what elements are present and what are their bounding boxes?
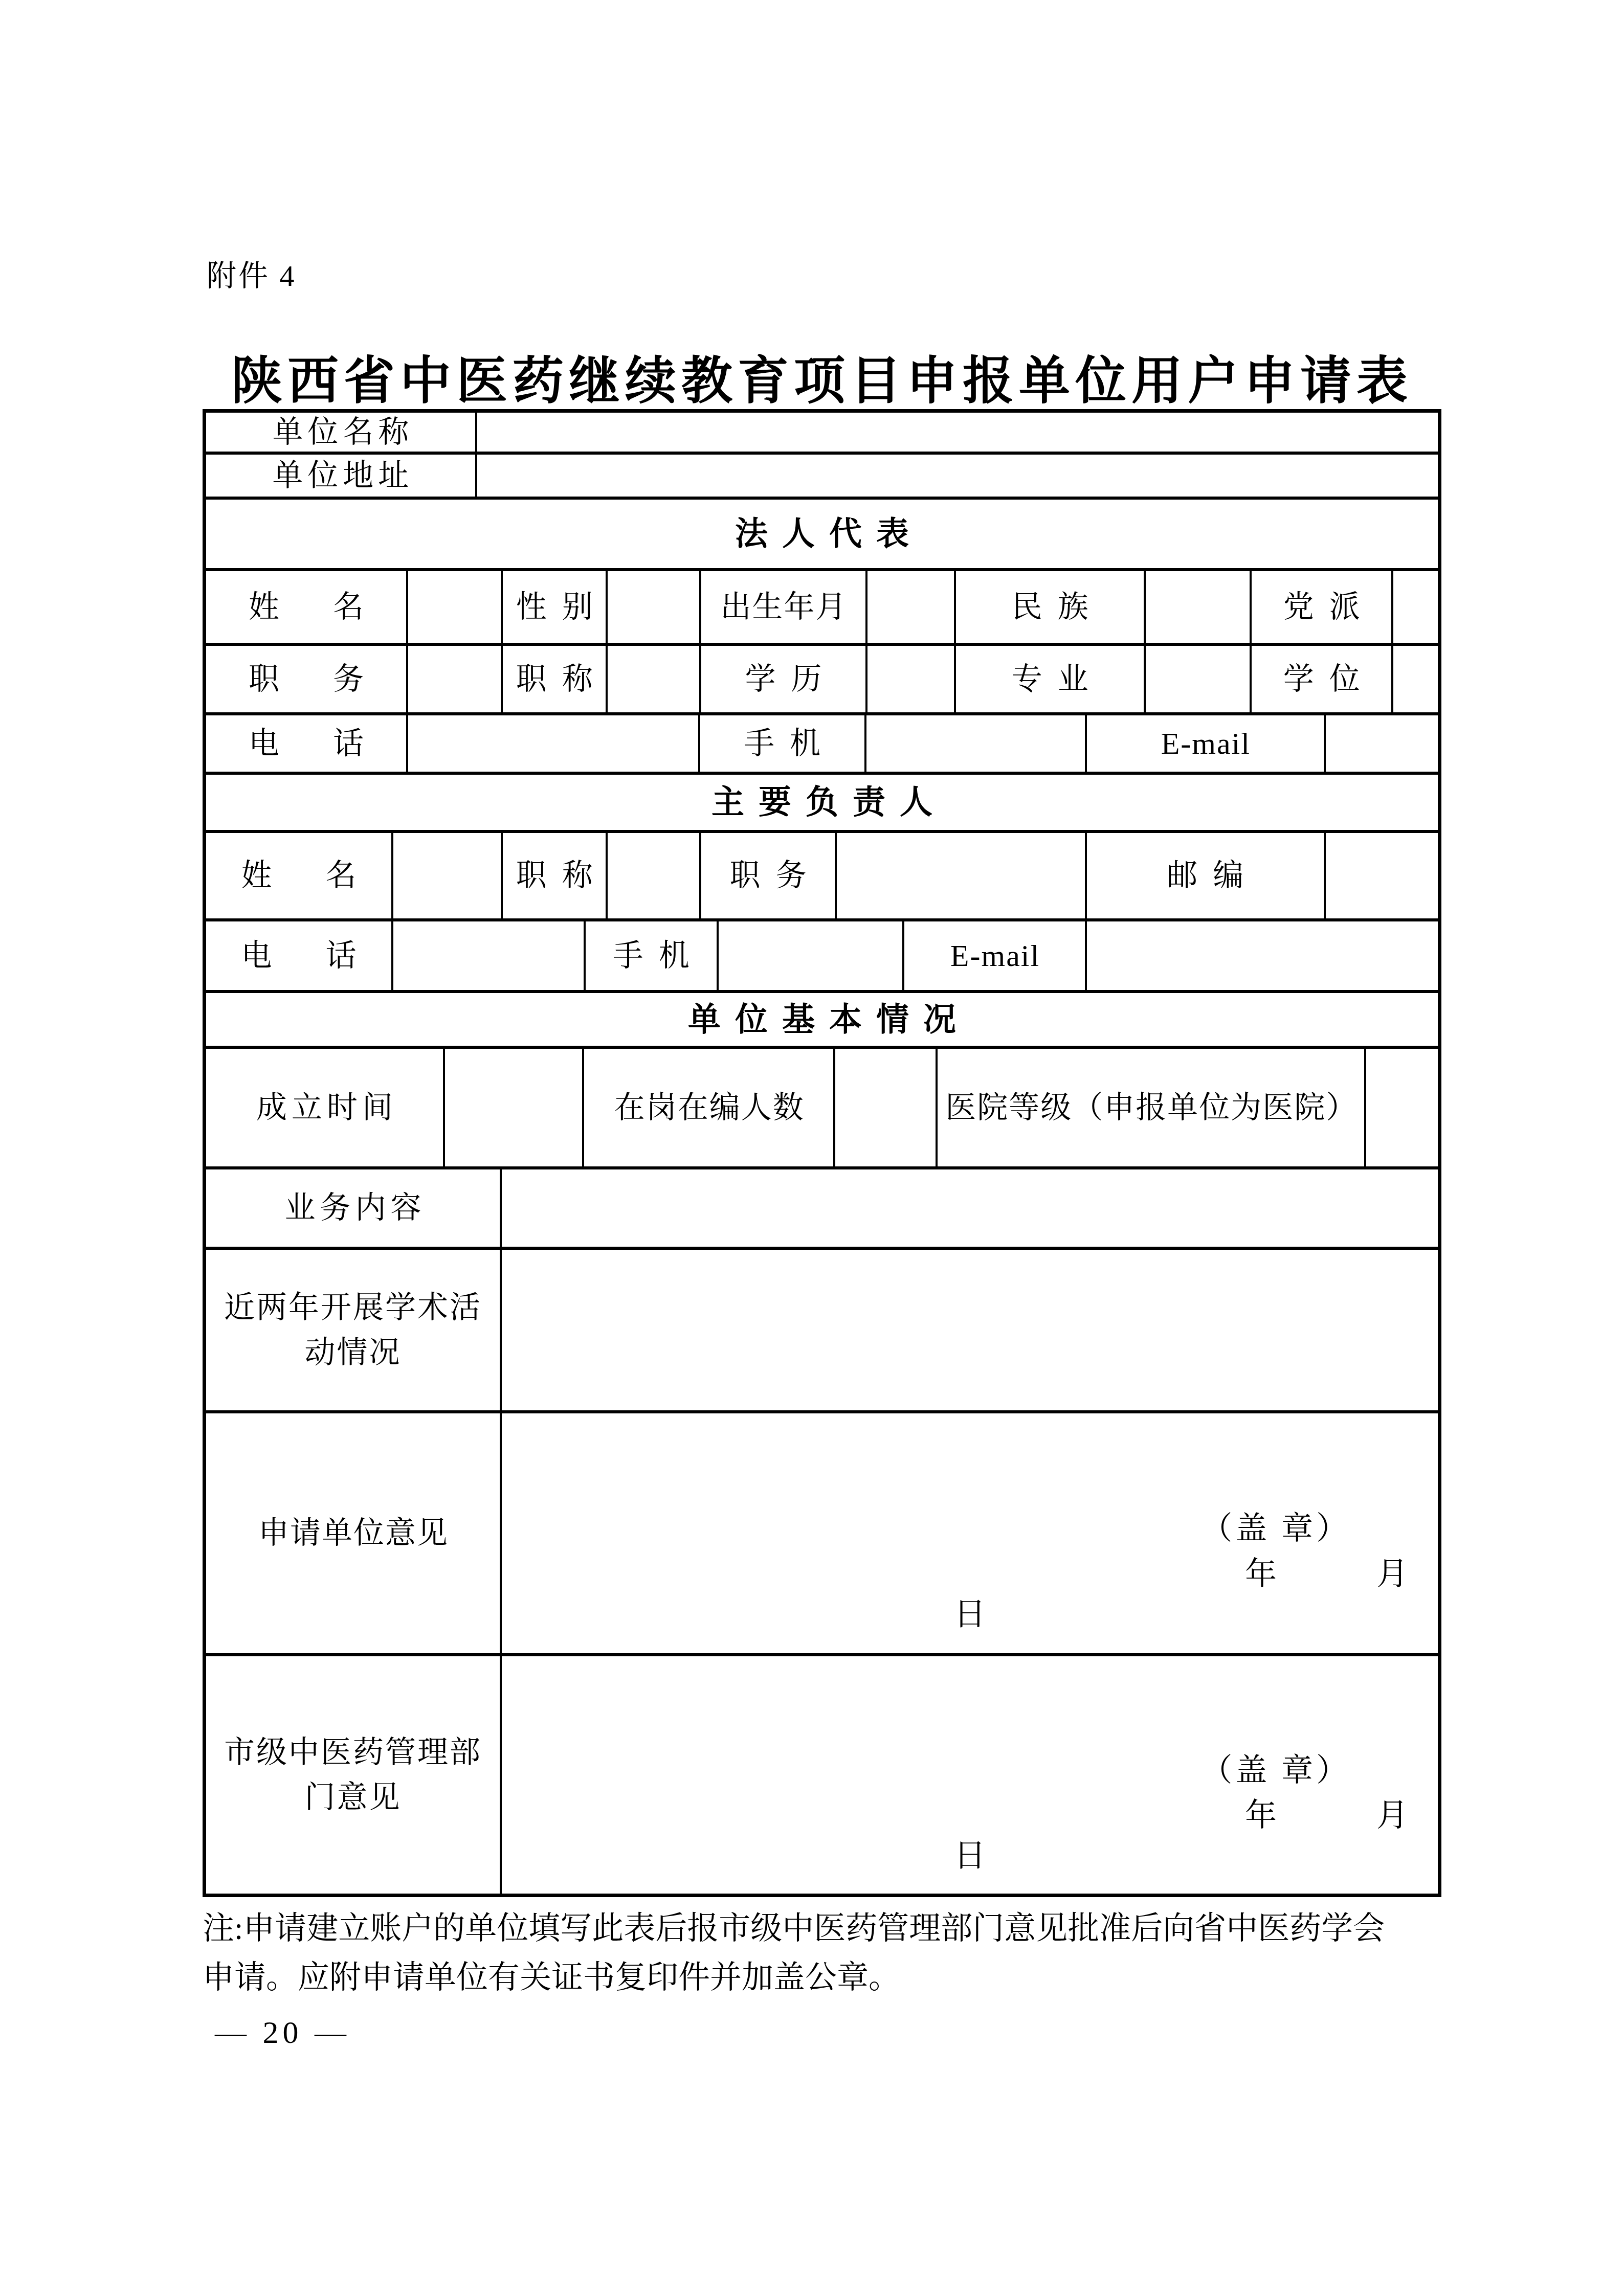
section-legal-rep-header: 法人代表	[206, 500, 1438, 568]
legal-rep-birth-value-cell	[867, 571, 956, 643]
legal-rep-email-label: E-mail	[1161, 725, 1251, 763]
principal-duty-value-cell	[837, 833, 1087, 918]
legal-rep-education-label-cell: 学历	[701, 646, 867, 712]
row-unit-name: 单位名称	[206, 413, 1438, 455]
principal-phone-label: 电话	[241, 937, 410, 975]
apply-year-month-line: 年 月	[1245, 1555, 1408, 1595]
legal-rep-duty-label: 职务	[249, 660, 417, 699]
city-opinion-label: 市级中医药管理部 门意见	[224, 1730, 482, 1820]
legal-rep-degree-label-cell: 学位	[1252, 646, 1393, 712]
staff-count-label: 在岗在编人数	[614, 1089, 805, 1127]
section-unit-info-header: 单位基本情况	[206, 993, 1438, 1046]
legal-rep-party-label: 党派	[1283, 588, 1375, 626]
legal-rep-phone-label-cell: 电话	[206, 715, 408, 772]
legal-rep-degree-label: 学位	[1283, 660, 1375, 699]
principal-title-label: 职称	[516, 857, 608, 895]
academic-activities-label-cell: 近两年开展学术活 动情况	[206, 1250, 502, 1410]
academic-activities-value-cell	[502, 1250, 1438, 1410]
application-form-table: 单位名称 单位地址 法人代表 姓名 性别 出生年月 民族	[203, 409, 1441, 1897]
principal-postcode-label: 邮编	[1167, 857, 1259, 895]
principal-title-value-cell	[608, 833, 701, 918]
apply-day-label: 日	[502, 1595, 1438, 1635]
unit-name-label-cell: 单位名称	[206, 413, 477, 452]
principal-mobile-label: 手机	[613, 937, 705, 975]
principal-phone-label-cell: 电话	[206, 921, 393, 990]
hospital-grade-label-cell: 医院等级（申报单位为医院）	[938, 1049, 1366, 1166]
document-page: { "page": { "attachment_label": "附件 4", …	[0, 0, 1624, 2296]
footnote-line2: 申请。应附申请单位有关证书复印件并加盖公章。	[203, 1953, 1451, 2002]
legal-rep-phone-label: 电话	[249, 725, 417, 763]
section-principal-header: 主要负责人	[206, 775, 1438, 830]
row-unit-address: 单位地址	[206, 455, 1438, 500]
legal-rep-education-label: 学历	[745, 660, 837, 699]
hospital-grade-value-cell	[1366, 1049, 1438, 1166]
section-legal-rep-label: 法人代表	[735, 513, 923, 554]
principal-mobile-label-cell: 手机	[586, 921, 719, 990]
legal-rep-mobile-label-cell: 手机	[700, 715, 866, 772]
unit-address-label-cell: 单位地址	[206, 455, 477, 497]
city-year-label: 年	[1245, 1796, 1277, 1836]
principal-phone-value-cell	[393, 921, 586, 990]
legal-rep-ethnicity-value-cell	[1146, 571, 1252, 643]
city-month-label: 月	[1376, 1796, 1408, 1836]
legal-rep-education-value-cell	[867, 646, 956, 712]
legal-rep-degree-value-cell	[1393, 646, 1438, 712]
business-content-value-cell	[502, 1169, 1438, 1247]
principal-duty-label-cell: 职务	[701, 833, 837, 918]
legal-rep-ethnicity-label-cell: 民族	[956, 571, 1146, 643]
legal-rep-name-label: 姓名	[249, 588, 417, 626]
row-unit-basic: 成立时间 在岗在编人数 医院等级（申报单位为医院）	[206, 1049, 1438, 1169]
principal-postcode-value-cell	[1326, 833, 1438, 918]
principal-name-value-cell	[393, 833, 503, 918]
legal-rep-major-value-cell	[1146, 646, 1252, 712]
legal-rep-email-value-cell	[1326, 715, 1438, 772]
unit-address-value-cell	[477, 455, 1438, 497]
row-section-principal: 主要负责人	[206, 775, 1438, 833]
business-content-label-cell: 业务内容	[206, 1169, 502, 1247]
academic-activities-label: 近两年开展学术活 动情况	[224, 1285, 482, 1375]
section-unit-info-label: 单位基本情况	[688, 999, 970, 1040]
unit-name-label: 单位名称	[272, 413, 413, 452]
apply-month-label: 月	[1376, 1555, 1408, 1595]
legal-rep-mobile-label: 手机	[744, 725, 836, 763]
legal-rep-email-label-cell: E-mail	[1087, 715, 1326, 772]
legal-rep-birth-label: 出生年月	[721, 588, 848, 626]
founded-label: 成立时间	[256, 1089, 397, 1127]
row-business-content: 业务内容	[206, 1169, 1438, 1250]
row-city-opinion: 市级中医药管理部 门意见 （盖 章） 年 月 日	[206, 1656, 1438, 1894]
business-content-label: 业务内容	[284, 1189, 426, 1227]
legal-rep-major-label: 专业	[1012, 660, 1104, 699]
legal-rep-ethnicity-label: 民族	[1012, 588, 1104, 626]
footnote-line1: 注:申请建立账户的单位填写此表后报市级中医药管理部门意见批准后向省中医药学会	[203, 1904, 1451, 1953]
principal-email-label-cell: E-mail	[904, 921, 1086, 990]
hospital-grade-label: 医院等级（申报单位为医院）	[945, 1089, 1358, 1127]
principal-email-label: E-mail	[950, 937, 1040, 975]
apply-opinion-label: 申请单位意见	[258, 1514, 449, 1552]
legal-rep-duty-label-cell: 职务	[206, 646, 408, 712]
attachment-label: 附件 4	[207, 252, 297, 295]
row-principal-contact: 电话 手机 E-mail	[206, 921, 1438, 993]
legal-rep-duty-value-cell	[408, 646, 503, 712]
legal-rep-gender-value-cell	[608, 571, 701, 643]
principal-title-label-cell: 职称	[503, 833, 608, 918]
page-number: — 20 —	[215, 2015, 350, 2051]
legal-rep-name-value-cell	[408, 571, 503, 643]
apply-opinion-value-cell: （盖 章） 年 月 日	[502, 1413, 1438, 1653]
row-academic-activities: 近两年开展学术活 动情况	[206, 1250, 1438, 1413]
apply-year-label: 年	[1245, 1555, 1277, 1595]
staff-count-value-cell	[835, 1049, 938, 1166]
city-seal-placeholder: （盖 章）	[1200, 1751, 1351, 1791]
legal-rep-name-label-cell: 姓名	[206, 571, 408, 643]
row-principal-identity: 姓名 职称 职务 邮编	[206, 833, 1438, 921]
legal-rep-mobile-value-cell	[866, 715, 1087, 772]
unit-name-value-cell	[477, 413, 1438, 452]
row-apply-opinion: 申请单位意见 （盖 章） 年 月 日	[206, 1413, 1438, 1656]
legal-rep-title-value-cell	[608, 646, 701, 712]
city-day-label: 日	[502, 1837, 1438, 1877]
apply-seal-placeholder: （盖 章）	[1200, 1510, 1351, 1549]
apply-opinion-label-cell: 申请单位意见	[206, 1413, 502, 1653]
city-opinion-value-cell: （盖 章） 年 月 日	[502, 1656, 1438, 1894]
legal-rep-title-label: 职称	[516, 660, 608, 699]
founded-value-cell	[445, 1049, 584, 1166]
row-section-unit-info: 单位基本情况	[206, 993, 1438, 1049]
section-principal-label: 主要负责人	[711, 782, 947, 823]
principal-duty-label: 职务	[729, 857, 821, 895]
row-legal-rep-career: 职务 职称 学历 专业 学位	[206, 646, 1438, 715]
row-legal-rep-contact: 电话 手机 E-mail	[206, 715, 1438, 775]
row-legal-rep-identity: 姓名 性别 出生年月 民族 党派	[206, 571, 1438, 646]
legal-rep-gender-label-cell: 性别	[503, 571, 608, 643]
city-opinion-label-cell: 市级中医药管理部 门意见	[206, 1656, 502, 1894]
row-section-legal-rep: 法人代表	[206, 500, 1438, 571]
legal-rep-major-label-cell: 专业	[956, 646, 1146, 712]
city-year-month-line: 年 月	[1245, 1796, 1408, 1836]
footnote: 注:申请建立账户的单位填写此表后报市级中医药管理部门意见批准后向省中医药学会 申…	[203, 1904, 1451, 2002]
principal-postcode-label-cell: 邮编	[1087, 833, 1326, 918]
principal-name-label: 姓名	[241, 857, 410, 895]
legal-rep-gender-label: 性别	[516, 588, 608, 626]
principal-name-label-cell: 姓名	[206, 833, 393, 918]
legal-rep-party-label-cell: 党派	[1252, 571, 1393, 643]
page-title: 陕西省中医药继续教育项目申报单位用户申请表	[192, 340, 1452, 413]
principal-email-value-cell	[1087, 921, 1438, 990]
legal-rep-phone-value-cell	[408, 715, 700, 772]
legal-rep-title-label-cell: 职称	[503, 646, 608, 712]
staff-count-label-cell: 在岗在编人数	[584, 1049, 835, 1166]
legal-rep-birth-label-cell: 出生年月	[701, 571, 867, 643]
founded-label-cell: 成立时间	[206, 1049, 445, 1166]
unit-address-label: 单位地址	[272, 457, 413, 495]
legal-rep-party-value-cell	[1393, 571, 1438, 643]
principal-mobile-value-cell	[719, 921, 905, 990]
